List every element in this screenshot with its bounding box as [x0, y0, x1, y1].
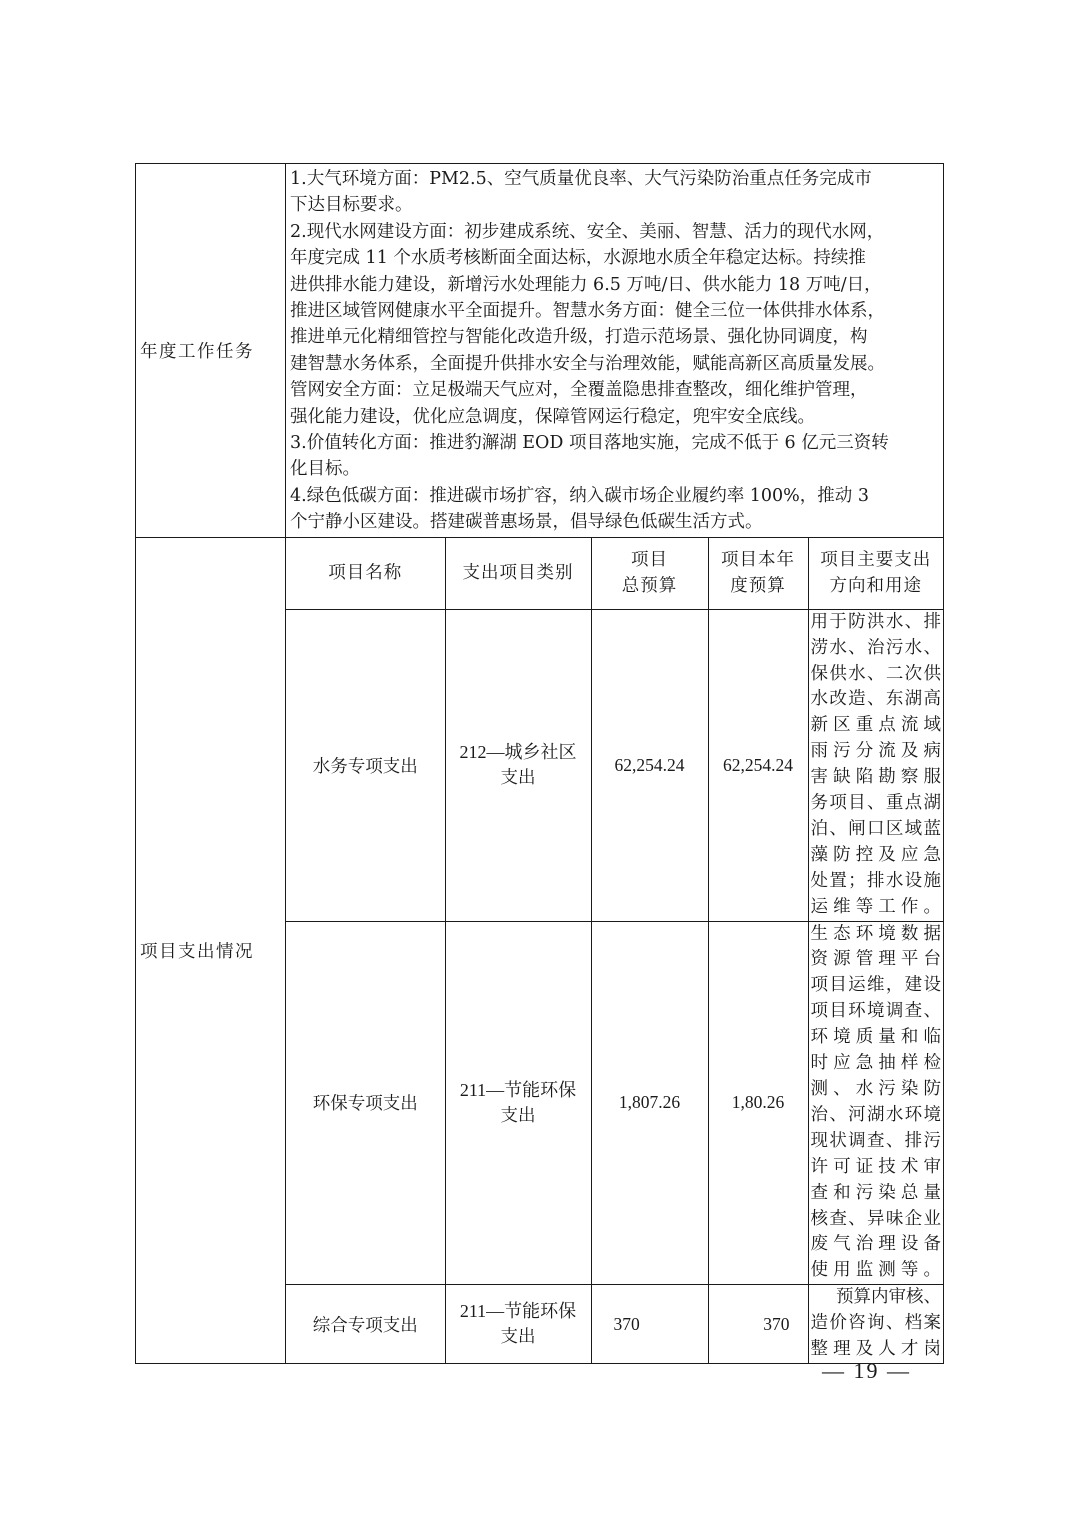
project-category: 212—城乡社区支出 [445, 609, 591, 921]
category-text: 212—城乡社区 [446, 739, 591, 765]
project-category: 211—节能环保支出 [445, 1285, 591, 1363]
purpose: 预算内审核、 造价咨询、档案 整理及人才岗 [808, 1285, 943, 1363]
budget-table: 年度工作任务 1.大气环境方面：PM2.5、空气质量优良率、大气污染防治重点任务… [135, 163, 944, 1364]
task-line: 1.大气环境方面：PM2.5、空气质量优良率、大气污染防治重点任务完成市 [290, 166, 939, 192]
purpose: 用于防洪水、排 涝水、治污水、 保供水、二次供 水改造、东湖高 新区重点流域 雨… [808, 609, 943, 921]
purpose-line: 查和污染总量 [811, 1181, 942, 1207]
header-text: 项目 [592, 547, 708, 573]
annual-budget: 370 [708, 1285, 808, 1363]
task-line: 3.价值转化方面：推进豹澥湖 EOD 项目落地实施，完成不低于 6 亿元三资转 [290, 430, 939, 456]
purpose-line: 治、河湖水环境 [811, 1103, 942, 1129]
annual-tasks-row: 年度工作任务 1.大气环境方面：PM2.5、空气质量优良率、大气污染防治重点任务… [136, 164, 944, 538]
purpose-line: 环境质量和临 [811, 1025, 942, 1051]
header-category: 支出项目类别 [445, 538, 591, 610]
table-row: 环保专项支出 211—节能环保支出 1,807.26 1,80.26 生态环境数… [286, 921, 943, 1285]
purpose-line: 项目环境调查、 [811, 999, 942, 1025]
purpose-line: 项目运维，建设 [811, 973, 942, 999]
total-budget: 370 [591, 1285, 708, 1363]
project-name: 水务专项支出 [286, 609, 445, 921]
task-line: 2.现代水网建设方面：初步建成系统、安全、美丽、智慧、活力的现代水网， [290, 219, 939, 245]
category-text: 支出 [446, 1324, 591, 1350]
category-text: 支出 [446, 765, 591, 791]
total-budget: 62,254.24 [591, 609, 708, 921]
header-total-budget: 项目总预算 [591, 538, 708, 610]
header-text: 项目本年 [709, 547, 808, 573]
task-line: 个宁静小区建设。搭建碳普惠场景，倡导绿色低碳生活方式。 [290, 509, 939, 535]
project-expenditure-row: 项目支出情况 项目名称 支出项目类别 项目总预算 项目本年度预算 项目主要支出方… [136, 537, 944, 1363]
purpose: 生态环境数据 资源管理平台 项目运维，建设 项目环境调查、 环境质量和临 时应急… [808, 921, 943, 1285]
table-row: 水务专项支出 212—城乡社区支出 62,254.24 62,254.24 用于… [286, 609, 943, 921]
header-text: 方向和用途 [809, 573, 944, 599]
purpose-line: 资源管理平台 [811, 947, 942, 973]
task-line: 推进区域管网健康水平全面提升。智慧水务方面：健全三位一体供排水体系， [290, 298, 939, 324]
page-number: — 19 — [822, 1358, 911, 1384]
task-line: 进供排水能力建设，新增污水处理能力 6.5 万吨/日、供水能力 18 万吨/日， [290, 272, 939, 298]
task-line: 年度完成 11 个水质考核断面全面达标，水源地水质全年稳定达标。持续推 [290, 245, 939, 271]
task-line: 强化能力建设，优化应急调度，保障管网运行稳定，兜牢安全底线。 [290, 404, 939, 430]
category-text: 支出 [446, 1103, 591, 1129]
header-text: 度预算 [709, 573, 808, 599]
header-project-name: 项目名称 [286, 538, 445, 610]
purpose-line: 预算内审核、 [811, 1285, 942, 1311]
purpose-line: 雨污分流及病 [811, 739, 942, 765]
table-row: 综合专项支出 211—节能环保支出 370 370 预算内审核、 造价咨询、档案… [286, 1285, 943, 1363]
purpose-line: 时应急抽样检 [811, 1051, 942, 1077]
header-purpose: 项目主要支出方向和用途 [808, 538, 943, 610]
purpose-line: 测、水污染防 [811, 1077, 942, 1103]
purpose-line: 用于防洪水、排 [811, 610, 942, 636]
annual-budget: 1,80.26 [708, 921, 808, 1285]
purpose-line: 保供水、二次供 [811, 662, 942, 688]
header-annual-budget: 项目本年度预算 [708, 538, 808, 610]
annual-tasks-content: 1.大气环境方面：PM2.5、空气质量优良率、大气污染防治重点任务完成市 下达目… [286, 164, 944, 538]
project-expenditure-content: 项目名称 支出项目类别 项目总预算 项目本年度预算 项目主要支出方向和用途 水务… [286, 537, 944, 1363]
purpose-line: 运维等工作。 [811, 895, 942, 921]
purpose-line: 新区重点流域 [811, 713, 942, 739]
purpose-line: 使用监测等。 [811, 1258, 942, 1284]
document-page: 年度工作任务 1.大气环境方面：PM2.5、空气质量优良率、大气污染防治重点任务… [0, 0, 1074, 1520]
header-text: 总预算 [592, 573, 708, 599]
project-category: 211—节能环保支出 [445, 921, 591, 1285]
purpose-line: 核查、异味企业 [811, 1207, 942, 1233]
category-text: 211—节能环保 [446, 1077, 591, 1103]
annual-tasks-label: 年度工作任务 [136, 164, 286, 538]
project-name: 综合专项支出 [286, 1285, 445, 1363]
purpose-line: 害缺陷勘察服 [811, 765, 942, 791]
purpose-line: 废气治理设备 [811, 1232, 942, 1258]
annual-budget: 62,254.24 [708, 609, 808, 921]
expenditure-table: 项目名称 支出项目类别 项目总预算 项目本年度预算 项目主要支出方向和用途 水务… [286, 538, 943, 1363]
header-text: 项目主要支出 [809, 547, 944, 573]
purpose-line: 涝水、治污水、 [811, 636, 942, 662]
project-expenditure-label: 项目支出情况 [136, 537, 286, 1363]
category-text: 211—节能环保 [446, 1298, 591, 1324]
purpose-line: 泊、闸口区域蓝 [811, 817, 942, 843]
purpose-line: 务项目、重点湖 [811, 791, 942, 817]
purpose-line: 生态环境数据 [811, 922, 942, 948]
purpose-line: 藻防控及应急 [811, 843, 942, 869]
purpose-line: 造价咨询、档案 [811, 1311, 942, 1337]
purpose-line: 水改造、东湖高 [811, 687, 942, 713]
purpose-line: 现状调查、排污 [811, 1129, 942, 1155]
task-line: 4.绿色低碳方面：推进碳市场扩容，纳入碳市场企业履约率 100%，推动 3 [290, 483, 939, 509]
task-line: 建智慧水务体系，全面提升供排水安全与治理效能，赋能高新区高质量发展。 [290, 351, 939, 377]
purpose-line: 许可证技术审 [811, 1155, 942, 1181]
purpose-line: 处置；排水设施 [811, 869, 942, 895]
task-line: 下达目标要求。 [290, 192, 939, 218]
task-line: 管网安全方面：立足极端天气应对，全覆盖隐患排查整改，细化维护管理， [290, 377, 939, 403]
task-line: 化目标。 [290, 456, 939, 482]
table-header-row: 项目名称 支出项目类别 项目总预算 项目本年度预算 项目主要支出方向和用途 [286, 538, 943, 610]
project-name: 环保专项支出 [286, 921, 445, 1285]
task-line: 推进单元化精细管控与智能化改造升级，打造示范场景、强化协同调度，构 [290, 324, 939, 350]
total-budget: 1,807.26 [591, 921, 708, 1285]
